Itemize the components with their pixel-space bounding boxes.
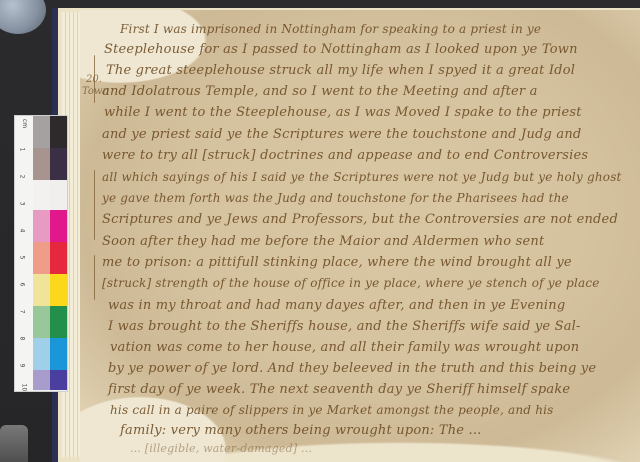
color-patch-light-pink [33,210,50,242]
color-patch-indigo [50,370,67,390]
ruler-label: 4 [18,229,25,233]
color-patch-light-blue [33,338,50,370]
text-line: The great steeplehouse struck all my lif… [106,63,575,78]
color-patch-green [50,306,67,338]
text-line: while I went to the Steeplehouse, as I w… [104,105,582,120]
text-line: family: very many others being wrought u… [120,423,482,438]
cm-ruler: cm 1 2 3 4 5 6 7 8 9 10 [15,116,33,391]
text-line: [struck] strength of the house of office… [102,276,600,290]
book-clip [0,425,28,462]
text-line: Steeplehouse for as I passed to Nottingh… [104,42,578,57]
margin-bracket [94,255,95,300]
color-patch-lavender [33,370,50,390]
color-patch-black [50,116,67,148]
color-patch-yellow [50,274,67,306]
manuscript-page: 20. Town First I was imprisoned in Notti… [80,10,640,462]
text-line: vation was come to her house, and all th… [110,340,579,355]
text-line: me to prison: a pittifull stinking place… [102,255,572,270]
color-patch-white-b [50,180,67,210]
color-patch-gray-warm [33,148,50,180]
text-line-faded: ... [illegible, water-damaged] ... [130,442,312,455]
text-line: I was brought to the Sheriffs house, and… [108,319,581,334]
ruler-label: 1 [18,148,25,152]
ruler-label: 3 [18,202,25,206]
ruler-label: 10 [20,384,27,392]
color-patch-dark-violet [50,148,67,180]
margin-bracket [94,55,95,103]
ruler-label: 2 [18,175,25,179]
text-line: and ye priest said ye the Scriptures wer… [102,127,581,142]
color-patch-salmon [33,242,50,274]
text-line: by ye power of ye lord. And they beleeve… [108,361,596,376]
text-line: and Idolatrous Temple, and so I went to … [102,84,538,99]
color-calibration-target: cm 1 2 3 4 5 6 7 8 9 10 [14,115,68,392]
ruler-label: 5 [18,256,25,260]
color-patch-white-a [33,180,50,210]
ruler-label: cm [21,119,28,128]
ruler-label: 6 [18,283,25,287]
ruler-label: 9 [18,364,25,368]
color-patch-magenta [50,210,67,242]
margin-bracket [94,170,95,240]
text-line: his call in a paire of slippers in ye Ma… [110,403,554,417]
ruler-label: 7 [18,310,25,314]
text-line: first day of ye week. The next seaventh … [108,382,570,397]
ruler-label: 8 [18,337,25,341]
color-patch-light-green [33,306,50,338]
text-line: ye gave them forth was the Judg and touc… [102,191,569,205]
color-patch-cyan-blue [50,338,67,370]
color-patch-gray-mid [33,116,50,148]
text-line: all which sayings of his I said ye the S… [102,170,622,184]
text-line: were to try all [struck] doctrines and a… [102,148,588,163]
color-patch-red [50,242,67,274]
text-line: was in my throat and had many dayes afte… [108,298,565,313]
color-patch-pale-yellow [33,274,50,306]
text-line: Soon after they had me before the Maior … [102,234,544,249]
text-line: Scriptures and ye Jews and Professors, b… [102,212,618,227]
text-line: First I was imprisoned in Nottingham for… [120,22,541,36]
